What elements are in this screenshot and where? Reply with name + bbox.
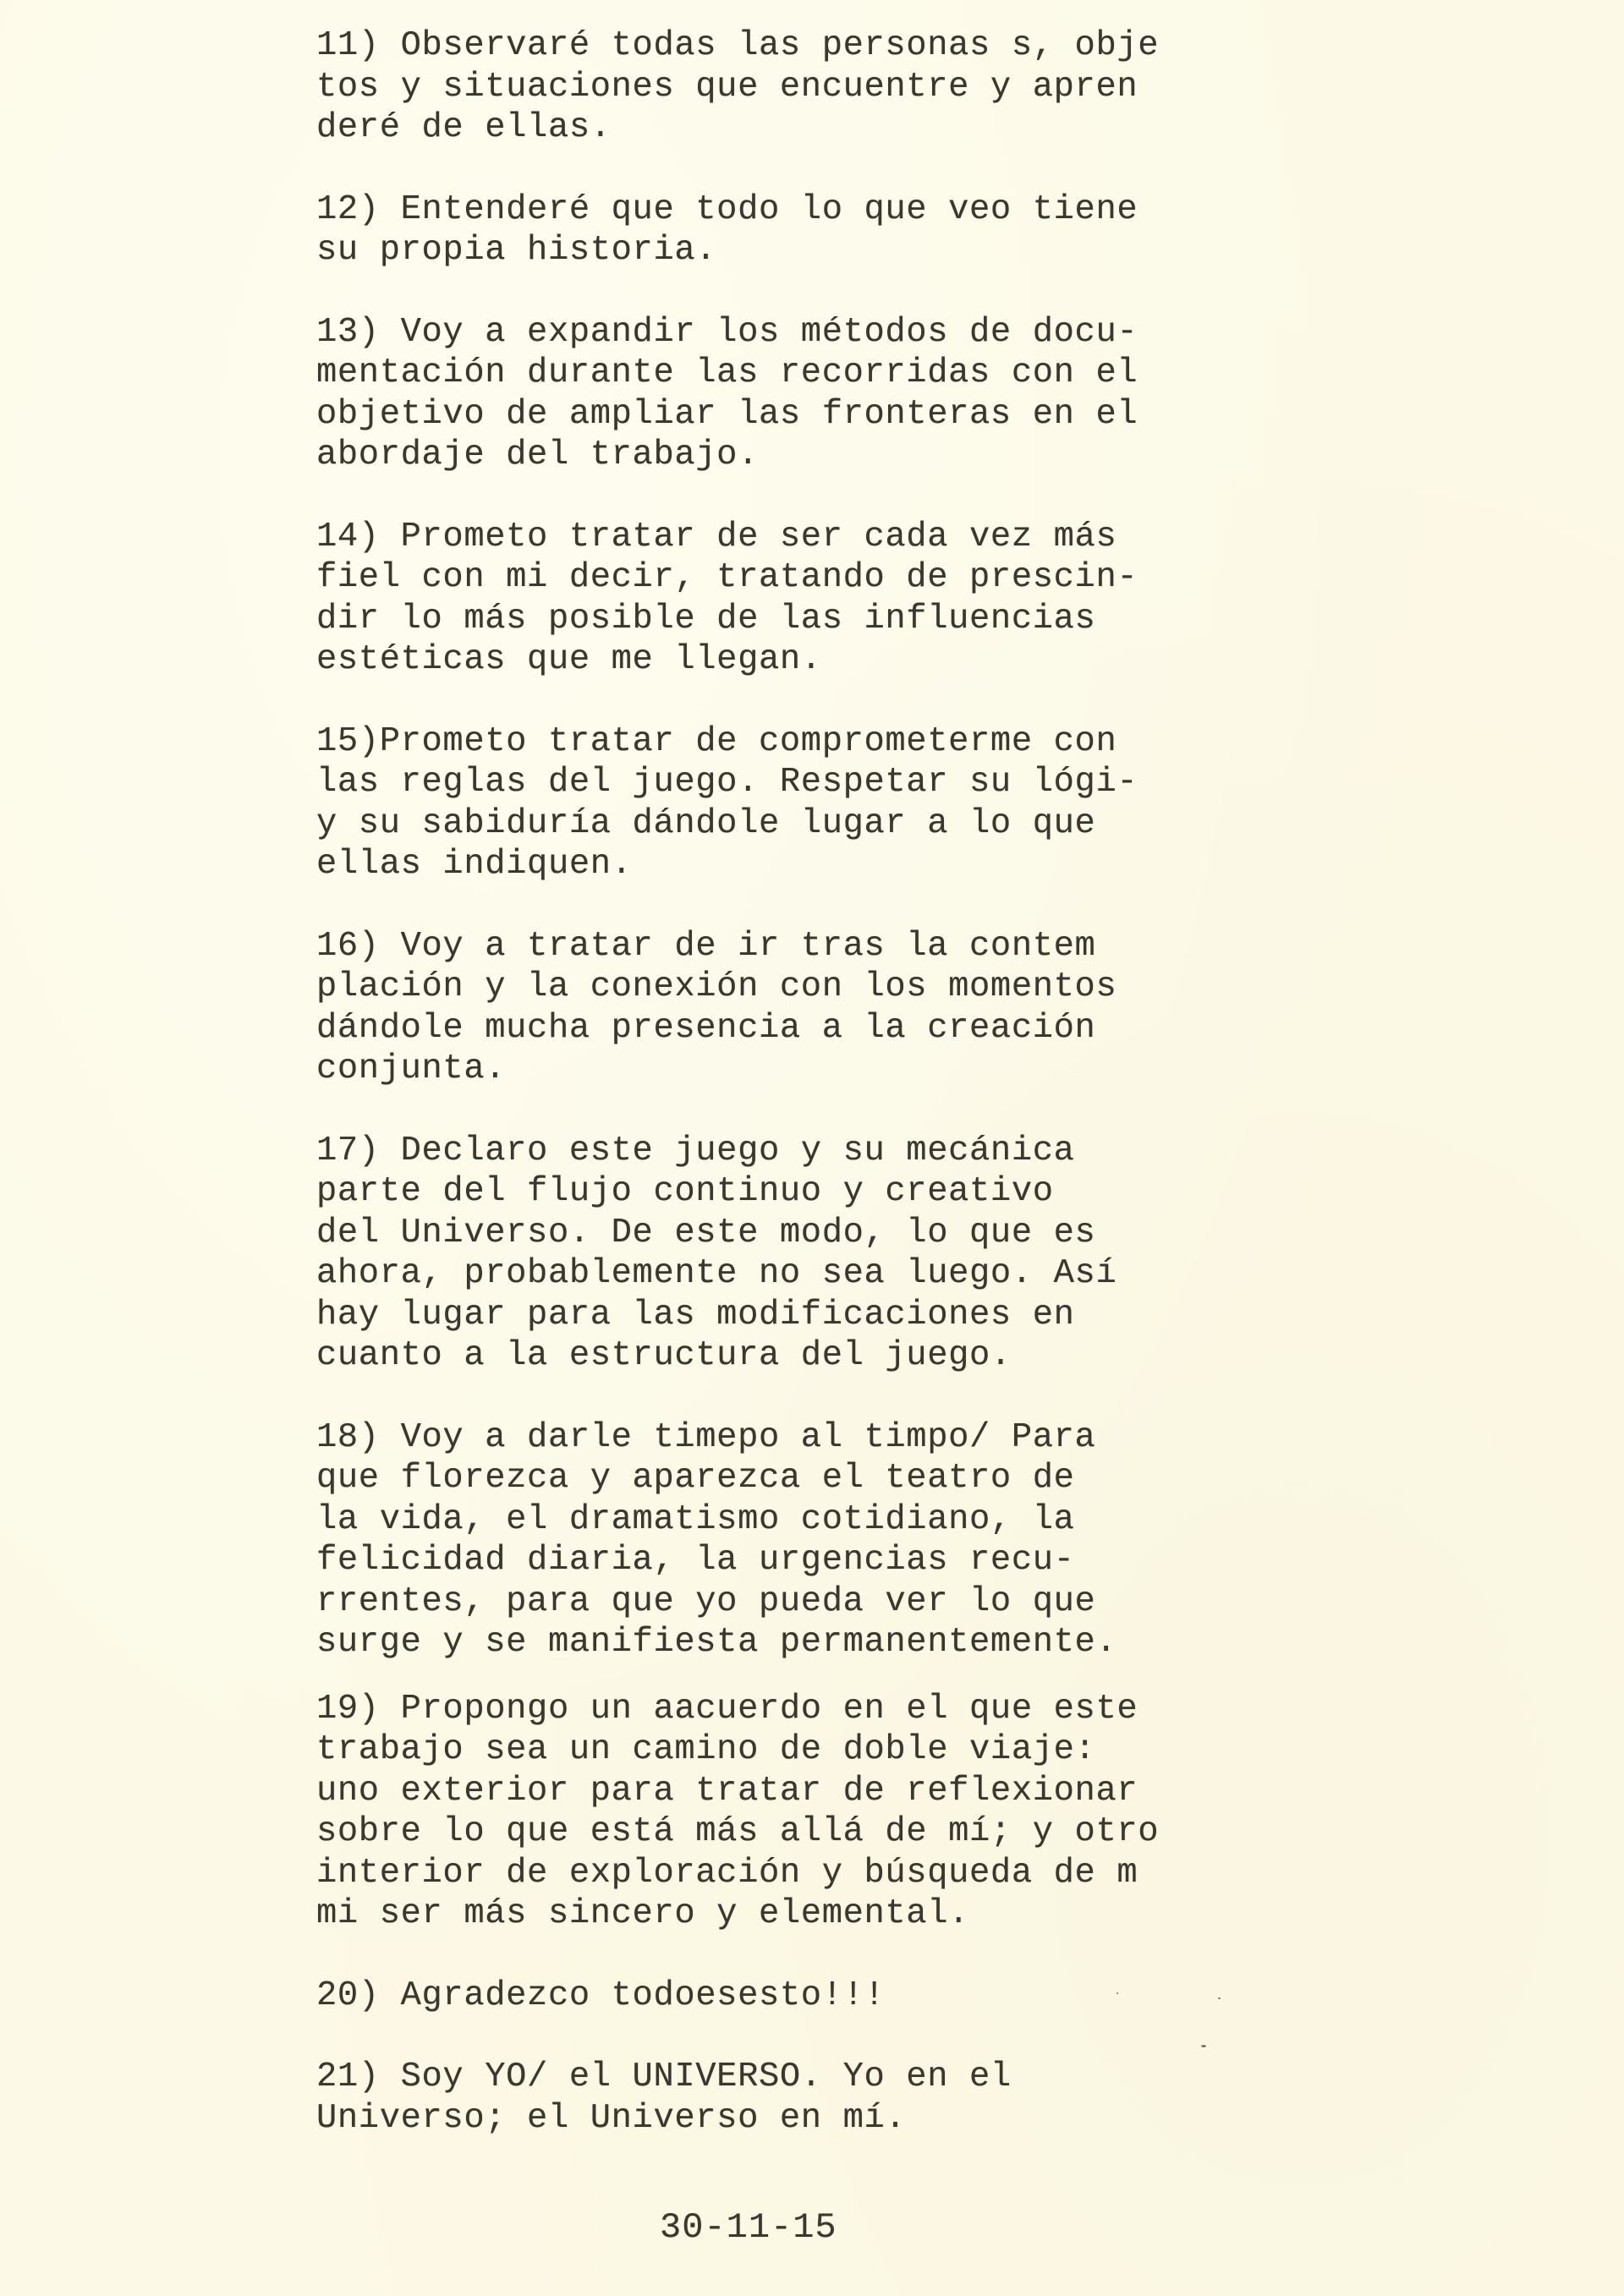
item-13-line-1: 13) Voy a expandir los métodos de docu- <box>316 312 1162 353</box>
item-18-line-3: la vida, el dramatismo cotidiano, la <box>316 1499 1162 1541</box>
item-18-line-1: 18) Voy a darle timepo al timpo/ Para <box>316 1417 1162 1459</box>
item-17: 17) Declaro este juego y su mecánica par… <box>316 1131 1162 1377</box>
typewritten-page: 11) Observaré todas las personas s, obje… <box>0 0 1624 2296</box>
item-19: 19) Propongo un aacuerdo en el que este … <box>316 1689 1162 1935</box>
item-15-line-3: y su sabiduría dándole lugar a lo que <box>316 803 1162 845</box>
spacer <box>316 1377 1162 1417</box>
item-16-line-4: conjunta. <box>316 1049 1162 1090</box>
spacer <box>316 1935 1162 1975</box>
spacer <box>316 885 1162 926</box>
item-17-line-3: del Universo. De este modo, lo que es <box>316 1213 1162 1254</box>
item-18: 18) Voy a darle timepo al timpo/ Para qu… <box>316 1417 1162 1663</box>
paper-speck <box>1116 1992 1118 1994</box>
item-13: 13) Voy a expandir los métodos de docu- … <box>316 312 1162 476</box>
item-21-line-2: Universo; el Universo en mí. <box>316 2098 1162 2140</box>
item-12-line-1: 12) Entenderé que todo lo que veo tiene <box>316 189 1162 231</box>
item-15-line-1: 15)Prometo tratar de comprometerme con <box>316 721 1162 763</box>
item-19-line-5: interior de exploración y búsqueda de m <box>316 1853 1162 1894</box>
item-16-line-2: plación y la conexión con los momentos <box>316 967 1162 1008</box>
item-14-line-3: dir lo más posible de las influencias <box>316 599 1162 640</box>
spacer <box>316 681 1162 721</box>
item-19-line-4: sobre lo que está más allá de mí; y otro <box>316 1811 1162 1853</box>
item-17-line-5: hay lugar para las modificaciones en <box>316 1295 1162 1336</box>
item-15-line-2: las reglas del juego. Respetar su lógi- <box>316 762 1162 803</box>
item-18-line-6: surge y se manifiesta permanentemente. <box>316 1622 1162 1663</box>
resolutions-list: 11) Observaré todas las personas s, obje… <box>316 25 1162 2139</box>
item-20-line-1: 20) Agradezco todoesesto!!! <box>316 1975 1162 2017</box>
item-19-line-2: trabajo sea un camino de doble viaje: <box>316 1729 1162 1771</box>
item-14-line-1: 14) Prometo tratar de ser cada vez más <box>316 517 1162 558</box>
item-17-line-4: ahora, probablemente no sea luego. Así <box>316 1253 1162 1295</box>
item-15-line-4: ellas indiquen. <box>316 844 1162 885</box>
item-16: 16) Voy a tratar de ir tras la contem pl… <box>316 926 1162 1090</box>
spacer <box>316 2016 1162 2057</box>
paper-speck <box>1218 1997 1221 1999</box>
item-13-line-2: mentación durante las recorridas con el <box>316 353 1162 394</box>
item-21: 21) Soy YO/ el UNIVERSO. Yo en el Univer… <box>316 2057 1162 2139</box>
item-11-line-3: deré de ellas. <box>316 107 1162 149</box>
item-14: 14) Prometo tratar de ser cada vez más f… <box>316 517 1162 681</box>
item-19-line-3: uno exterior para tratar de reflexionar <box>316 1771 1162 1812</box>
item-11-line-2: tos y situaciones que encuentre y apren <box>316 67 1162 108</box>
spacer <box>316 476 1162 517</box>
item-18-line-2: que florezca y aparezca el teatro de <box>316 1458 1162 1499</box>
item-11-line-1: 11) Observaré todas las personas s, obje <box>316 25 1162 67</box>
item-14-line-2: fiel con mi decir, tratando de prescin- <box>316 557 1162 599</box>
item-21-line-1: 21) Soy YO/ el UNIVERSO. Yo en el <box>316 2057 1162 2098</box>
item-15: 15)Prometo tratar de comprometerme con l… <box>316 721 1162 885</box>
item-16-line-3: dándole mucha presencia a la creación <box>316 1008 1162 1049</box>
item-14-line-4: estéticas que me llegan. <box>316 639 1162 681</box>
item-17-line-6: cuanto a la estructura del juego. <box>316 1335 1162 1377</box>
spacer <box>316 1090 1162 1131</box>
item-11: 11) Observaré todas las personas s, obje… <box>316 25 1162 149</box>
spacer <box>316 149 1162 189</box>
item-12: 12) Entenderé que todo lo que veo tiene … <box>316 189 1162 271</box>
spacer <box>316 1663 1162 1689</box>
item-20: 20) Agradezco todoesesto!!! <box>316 1975 1162 2017</box>
item-18-line-4: felicidad diaria, la urgencias recu- <box>316 1540 1162 1581</box>
item-17-line-2: parte del flujo continuo y creativo <box>316 1171 1162 1213</box>
item-13-line-3: objetivo de ampliar las fronteras en el <box>316 394 1162 436</box>
item-18-line-5: rrentes, para que yo pueda ver lo que <box>316 1581 1162 1623</box>
item-19-line-1: 19) Propongo un aacuerdo en el que este <box>316 1689 1162 1730</box>
item-13-line-4: abordaje del trabajo. <box>316 435 1162 476</box>
item-17-line-1: 17) Declaro este juego y su mecánica <box>316 1131 1162 1172</box>
document-date: 30-11-15 <box>660 2207 837 2248</box>
item-12-line-2: su propia historia. <box>316 230 1162 271</box>
paper-speck <box>1201 2045 1206 2047</box>
item-19-line-6: mi ser más sincero y elemental. <box>316 1893 1162 1935</box>
spacer <box>316 271 1162 312</box>
item-16-line-1: 16) Voy a tratar de ir tras la contem <box>316 926 1162 967</box>
